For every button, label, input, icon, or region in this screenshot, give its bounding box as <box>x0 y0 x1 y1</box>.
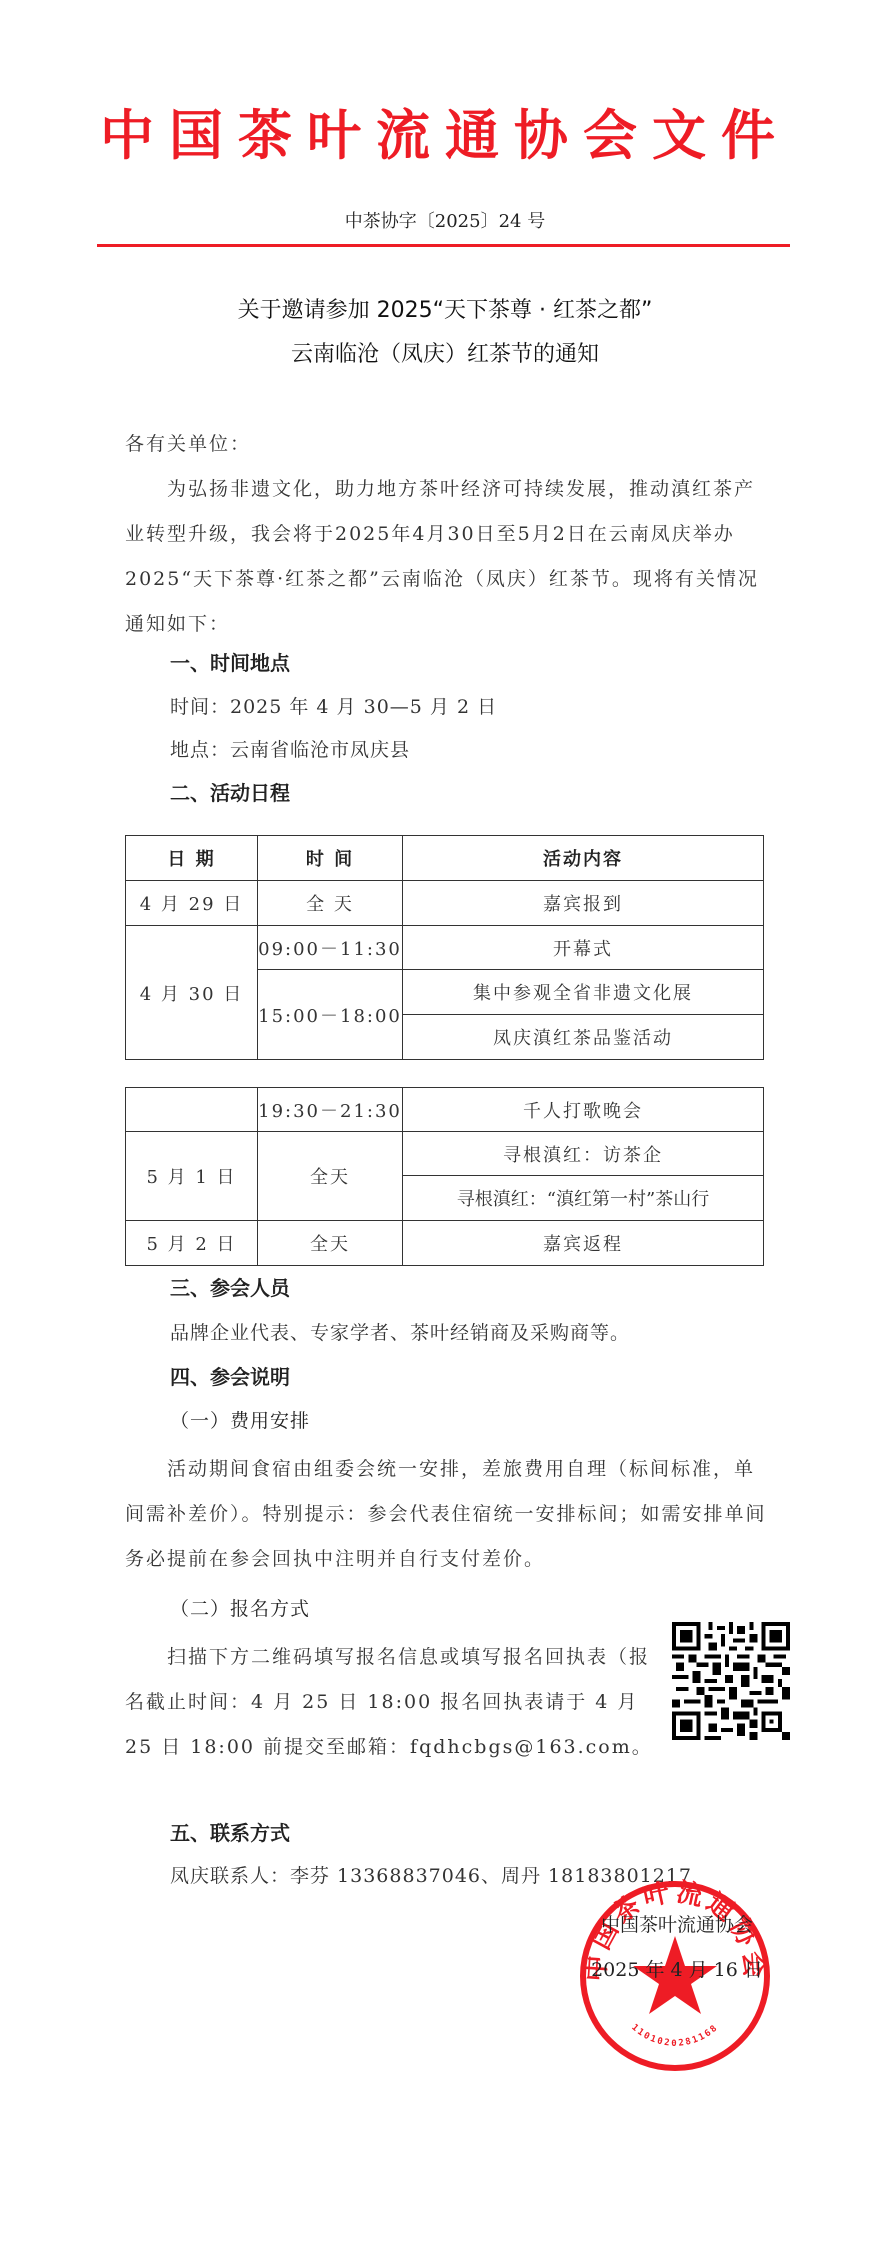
table-row: 5 月 2 日 全天 嘉宾返程 <box>126 1221 764 1266</box>
title-line-1: 关于邀请参加 2025“天下茶尊 · 红茶之都” <box>0 296 890 326</box>
cell-activity: 集中参观全省非遗文化展 <box>403 970 764 1015</box>
red-divider <box>97 244 790 247</box>
document-number: 中茶协字〔2025〕24 号 <box>0 210 890 234</box>
section-3-heading: 三、参会人员 <box>170 1273 290 1303</box>
table-row: 5 月 1 日 全天 寻根滇红：访茶企 <box>126 1132 764 1176</box>
cell-time: 09:00－11:30 <box>258 926 403 970</box>
qr-code-icon[interactable] <box>672 1622 790 1740</box>
cell-time: 全天 <box>258 1221 403 1266</box>
event-place: 地点：云南省临沧市凤庆县 <box>170 735 410 765</box>
cell-date: 5 月 1 日 <box>126 1132 258 1221</box>
schedule-table-part-2: 19:30－21:30 千人打歌晚会 5 月 1 日 全天 寻根滇红：访茶企 寻… <box>125 1087 764 1266</box>
col-header-date: 日 期 <box>126 836 258 881</box>
table-row: 4 月 30 日 09:00－11:30 开幕式 <box>126 926 764 970</box>
cell-activity: 嘉宾报到 <box>403 881 764 926</box>
cell-time: 15:00－18:00 <box>258 970 403 1060</box>
cell-date: 4 月 30 日 <box>126 926 258 1060</box>
event-time: 时间：2025 年 4 月 30—5 月 2 日 <box>170 692 497 722</box>
cell-date <box>126 1088 258 1132</box>
schedule-table-part-1: 日 期 时 间 活动内容 4 月 29 日 全 天 嘉宾报到 4 月 30 日 … <box>125 835 764 1060</box>
subsection-registration-heading: （二）报名方式 <box>170 1594 310 1624</box>
cell-time: 全天 <box>258 1132 403 1221</box>
signature-date: 2025 年 4 月 16 日 <box>582 1955 772 1985</box>
attendees-text: 品牌企业代表、专家学者、茶叶经销商及采购商等。 <box>170 1318 630 1348</box>
col-header-time: 时 间 <box>258 836 403 881</box>
cell-time: 全 天 <box>258 881 403 926</box>
cell-activity: 千人打歌晚会 <box>403 1088 764 1132</box>
table-row: 19:30－21:30 千人打歌晚会 <box>126 1088 764 1132</box>
title-line-2: 云南临沧（凤庆）红茶节的通知 <box>0 340 890 370</box>
fees-paragraph: 活动期间食宿由组委会统一安排，差旅费用自理（标间标准，单间需补差价）。特别提示：… <box>125 1447 775 1582</box>
section-1-heading: 一、时间地点 <box>170 648 290 678</box>
signature-org: 中国茶叶流通协会 <box>582 1910 772 1940</box>
subsection-fees-heading: （一）费用安排 <box>170 1406 310 1436</box>
salutation: 各有关单位： <box>125 422 775 467</box>
document-banner: 中国茶叶流通协会文件 <box>0 100 890 170</box>
section-2-heading: 二、活动日程 <box>170 778 290 808</box>
svg-text:1101020281168: 1101020281168 <box>629 2023 720 2049</box>
cell-date: 5 月 2 日 <box>126 1221 258 1266</box>
col-header-activity: 活动内容 <box>403 836 764 881</box>
cell-activity: 嘉宾返程 <box>403 1221 764 1266</box>
cell-activity: 凤庆滇红茶品鉴活动 <box>403 1015 764 1060</box>
cell-activity: 寻根滇红：访茶企 <box>403 1132 764 1176</box>
cell-time: 19:30－21:30 <box>258 1088 403 1132</box>
cell-activity: 开幕式 <box>403 926 764 970</box>
cell-date: 4 月 29 日 <box>126 881 258 926</box>
table-row: 4 月 29 日 全 天 嘉宾报到 <box>126 881 764 926</box>
section-5-heading: 五、联系方式 <box>170 1818 290 1848</box>
section-4-heading: 四、参会说明 <box>170 1362 290 1392</box>
cell-activity: 寻根滇红：“滇红第一村”茶山行 <box>403 1176 764 1221</box>
registration-paragraph: 扫描下方二维码填写报名信息或填写报名回执表（报名截止时间：4 月 25 日 18… <box>125 1635 655 1770</box>
intro-paragraph: 为弘扬非遗文化，助力地方茶叶经济可持续发展，推动滇红茶产业转型升级，我会将于20… <box>125 467 775 647</box>
